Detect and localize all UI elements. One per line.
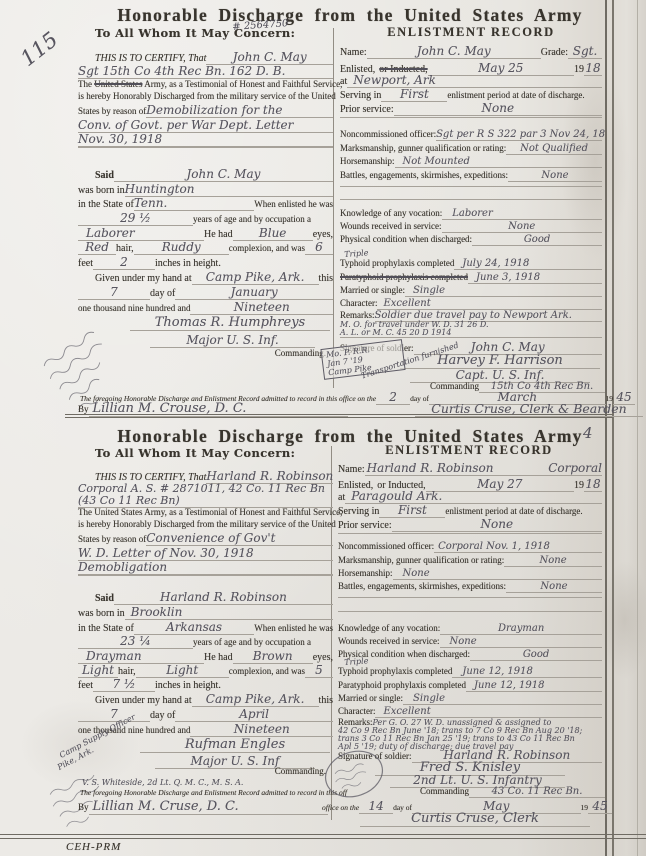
er-horsemanship: None	[393, 568, 603, 580]
soldier-unit-2: (43 Co 11 Rec Bn)	[78, 494, 333, 508]
height-feet: 6	[305, 240, 333, 255]
er-prior: None	[394, 101, 602, 116]
eye-color: Blue	[233, 226, 313, 241]
hair-color: Light	[78, 663, 118, 678]
clerk-signature: Curtis Cruse, Clerk & Bearden	[415, 401, 643, 417]
soldier-unit: Sgt 15th Co 4th Rec Bn. 162 D. B.	[78, 64, 333, 79]
er-grade: Sgt.	[568, 44, 602, 59]
hair-color: Red	[78, 240, 116, 255]
occupation: Laborer	[78, 226, 204, 241]
er-wounds: None	[442, 221, 603, 233]
character-label: Character:	[338, 706, 375, 716]
hair-label: hair,	[118, 666, 136, 677]
complexion: Ruddy	[134, 240, 229, 255]
prior-service-label: Prior service:	[338, 520, 392, 531]
said-label: Said	[95, 593, 114, 604]
when-enlisted-label: When enlisted he was	[254, 199, 333, 209]
bottom-rule	[0, 834, 646, 835]
page-edge-line	[637, 0, 638, 856]
discharge-year-word: Nineteen	[190, 300, 333, 315]
record-separator	[65, 417, 613, 418]
er-typhoid-date: June 12, 1918	[452, 666, 602, 678]
commanding-label: Commanding	[420, 786, 469, 796]
character-label: Character:	[340, 298, 377, 308]
er-physical: Good	[472, 234, 602, 246]
nco-label: Noncommissioned officer:	[340, 129, 436, 139]
paratyphoid-label-struck: Paratyphoid prophylaxis completed	[340, 272, 468, 282]
years-label: years of age and by occupation a	[193, 214, 311, 224]
page-title: Honorable Discharge from the United Stat…	[117, 5, 582, 26]
said-name: John C. May	[114, 167, 333, 182]
er-enlist-place: Paragould Ark.	[345, 489, 602, 504]
er-wounds: None	[440, 636, 603, 648]
typhoid-label: Typhoid prophylaxis completed	[338, 666, 452, 676]
er-married: Single	[403, 693, 602, 705]
discharge-reason-2: W. D. Letter of Nov. 30, 1918	[78, 546, 333, 561]
er-nco: Sgt per R S 322 par 3 Nov 24, 18	[436, 129, 602, 141]
wounds-label: Wounds received in service:	[340, 221, 442, 231]
by-label: By	[78, 802, 89, 812]
reason-label: States by reason of	[78, 534, 146, 544]
footer-code: CEH-PRM	[66, 841, 121, 853]
eye-color: Brown	[233, 649, 313, 664]
er-paratyphoid-date: June 3, 1918	[468, 272, 602, 284]
complexion-label: complexion, and was	[229, 666, 305, 676]
born-label: was born in	[78, 185, 125, 196]
foregoing-label-truncated: The foregoing Honorable Discharge and En…	[80, 788, 347, 797]
eyes-label: eyes,	[313, 229, 333, 240]
at-label: at	[338, 492, 345, 503]
physical-label: Physical condition when discharged:	[340, 234, 472, 244]
this-label: this	[319, 273, 333, 284]
commanding-officer-rank: Major U. S. Inf.	[150, 333, 315, 348]
testimonial-line1: The United States Army, as a Testimonial…	[78, 79, 342, 89]
testimonial-line2: is hereby Honorably Discharged from the …	[78, 519, 336, 529]
said-label: Said	[95, 170, 114, 181]
er-typhoid-date: July 24, 1918	[454, 258, 602, 270]
horsemanship-label: Horsemanship:	[338, 568, 393, 578]
discharge-reason-1: Convenience of Gov't	[146, 531, 333, 546]
er-character: Excellent	[377, 298, 602, 310]
serving-label: Serving in	[338, 506, 379, 517]
to-all-whom-label: To All Whom It May Concern:	[95, 446, 295, 460]
blank-rule	[338, 611, 602, 612]
wounds-label: Wounds received in service:	[338, 636, 440, 646]
discharge-month: April	[175, 707, 333, 722]
height-inches: 2	[93, 255, 155, 270]
by-label: By	[78, 404, 89, 414]
paratyphoid-label: Paratyphoid prophylaxis completed	[338, 680, 466, 690]
battles-label: Battles, engagements, skirmishes, expedi…	[340, 170, 508, 180]
er-remarks-3: A. L. or M. C. 45 20 D 1914	[340, 328, 602, 338]
height-feet: 5	[305, 663, 333, 678]
vocation-label: Knowledge of any vocation:	[338, 623, 440, 633]
margin-page-number: 115	[16, 27, 62, 71]
marksmanship-label: Marksmanship, gunner qualification or ra…	[340, 143, 506, 153]
given-label: Given under my hand at	[95, 273, 192, 284]
battles-label: Battles, engagements, skirmishes, expedi…	[338, 581, 506, 591]
discharge-year-word: Nineteen	[190, 722, 333, 737]
hair-label: hair,	[116, 243, 134, 254]
married-label: Married or single:	[338, 693, 403, 703]
er-name: Harland R. Robinson	[365, 461, 549, 476]
one-thousand-label: one thousand nine hundred and	[78, 303, 190, 313]
birthplace: Huntington	[125, 182, 333, 197]
discharge-place: Camp Pike, Ark.	[192, 692, 319, 707]
remarks-label: Remarks:	[340, 310, 375, 320]
feet-label: feet	[78, 258, 93, 269]
filed-by-signature: Lillian M. Crouse, D. C.	[89, 401, 348, 417]
name-label: Name:	[338, 464, 365, 475]
age-value: 29 ½	[78, 211, 193, 226]
er-enlist-place: Newport, Ark	[347, 73, 602, 88]
discharge-reason-3: Nov. 30, 1918	[78, 132, 333, 147]
birth-state: Arkansas	[134, 620, 254, 635]
discharge-month: January	[175, 285, 333, 300]
er-battles: None	[506, 581, 602, 593]
vocation-label: Knowledge of any vocation:	[340, 208, 442, 218]
married-label: Married or single:	[340, 285, 405, 295]
foregoing-continuation: office on the	[322, 803, 359, 812]
day-of-label: day of	[150, 288, 175, 299]
er-vocation: Laborer	[442, 208, 602, 220]
discharge-day: 7	[78, 285, 150, 300]
height-inches: 7 ½	[93, 677, 155, 692]
blank-rule	[340, 186, 602, 187]
inches-label: inches in height.	[155, 258, 221, 269]
enlistment-record-title: ENLISTMENT RECORD	[385, 443, 553, 458]
commanding-label: Commanding.	[275, 348, 326, 358]
filed-day: 2	[376, 390, 410, 405]
er-prior: None	[392, 517, 602, 532]
er-serving: First	[381, 87, 447, 102]
day-of-label: day of	[150, 710, 175, 721]
he-had-label: He had	[204, 229, 233, 240]
er-marksmanship: None	[504, 555, 602, 567]
blank-rule	[340, 199, 602, 200]
discharge-place: Camp Pike, Ark.	[192, 270, 319, 285]
er-marksmanship: Not Qualified	[506, 143, 602, 155]
er-co-unit: 43 Co. 11 Rec Bn.	[469, 786, 605, 798]
serving-label: Serving in	[340, 90, 381, 101]
commanding-officer-signature: Thomas R. Humphreys	[130, 315, 330, 331]
reason-label: States by reason of	[78, 106, 146, 116]
occupation: Drayman	[78, 649, 204, 664]
filed-by-signature: Lillian M. Cruse, D. C.	[89, 799, 328, 815]
enlistment-record-title: ENLISTMENT RECORD	[387, 25, 555, 40]
period-label: enlistment period at date of discharge.	[447, 90, 584, 100]
er-nco: Corporal Nov. 1, 1918	[434, 541, 602, 553]
er-name: John C. May	[367, 44, 541, 59]
discharge-reason-3: Demobligation	[78, 560, 333, 575]
birthplace: Brooklin	[125, 605, 333, 620]
certify-label: THIS IS TO CERTIFY, That	[95, 53, 206, 64]
clerk-signature: Curtis Cruse, Clerk	[360, 811, 590, 827]
discharge-day: 7	[78, 707, 150, 722]
er-serving: First	[379, 503, 445, 518]
state-of-label: in the State of	[78, 623, 134, 634]
grade-label: Grade:	[541, 47, 568, 58]
er-married: Single	[405, 285, 602, 297]
this-label: this	[319, 695, 333, 706]
at-label: at	[340, 76, 347, 87]
said-name: Harland R. Robinson	[114, 590, 333, 605]
soldier-name: John C. May	[206, 50, 333, 65]
state-of-label: in the State of	[78, 199, 134, 210]
he-had-label: He had	[204, 652, 233, 663]
blank-rule	[78, 575, 333, 576]
marksmanship-label: Marksmanship, gunner qualification or ra…	[338, 555, 504, 565]
years-label: years of age and by occupation a	[193, 637, 311, 647]
feet-label: feet	[78, 680, 93, 691]
blank-rule	[340, 117, 602, 118]
period-label: enlistment period at date of discharge.	[445, 506, 582, 516]
complexion-label: complexion, and was	[229, 243, 305, 253]
bottom-rule	[0, 838, 646, 839]
testimonial-line1: The United States Army, as a Testimonial…	[78, 507, 342, 517]
inches-label: inches in height.	[155, 680, 221, 691]
given-label: Given under my hand at	[95, 695, 192, 706]
typhoid-label: Typhoid prophylaxis completed	[340, 258, 454, 268]
born-label: was born in	[78, 608, 125, 619]
er-physical: Good	[470, 649, 602, 661]
commanding-officer-signature: Rufman Engles	[140, 737, 330, 753]
er-grade: Corporal	[548, 461, 602, 476]
scanned-discharge-page: 115 Honorable Discharge from the United …	[0, 0, 646, 856]
testimonial-line2: is hereby Honorably Discharged from the …	[78, 91, 336, 101]
er-vocation: Drayman	[440, 623, 602, 635]
prior-service-label: Prior service:	[340, 104, 394, 115]
age-value: 23 ¼	[78, 634, 193, 649]
discharge-reason-1: Demobilization for the	[146, 103, 333, 118]
blank-rule	[78, 147, 333, 148]
er-horsemanship: Not Mounted	[395, 156, 603, 168]
blank-rule	[338, 533, 602, 534]
er-battles: None	[508, 170, 602, 182]
birth-state: Tenn.	[134, 196, 254, 211]
horsemanship-label: Horsemanship:	[340, 156, 395, 166]
eyes-label: eyes,	[313, 652, 333, 663]
when-enlisted-label: When enlisted he was	[254, 623, 333, 633]
struck-united-states: United States	[94, 79, 142, 89]
discharge-reason-2: Conv. of Govt. per War Dept. Letter	[78, 118, 333, 133]
er-paratyphoid-date: June 12, 1918	[466, 680, 602, 692]
nco-label: Noncommissioned officer:	[338, 541, 434, 551]
filed-year: 45	[588, 799, 612, 814]
sheet-number: 4	[583, 424, 593, 442]
complexion: Light	[136, 663, 229, 678]
blank-rule	[338, 597, 602, 598]
name-label: Name:	[340, 47, 367, 58]
